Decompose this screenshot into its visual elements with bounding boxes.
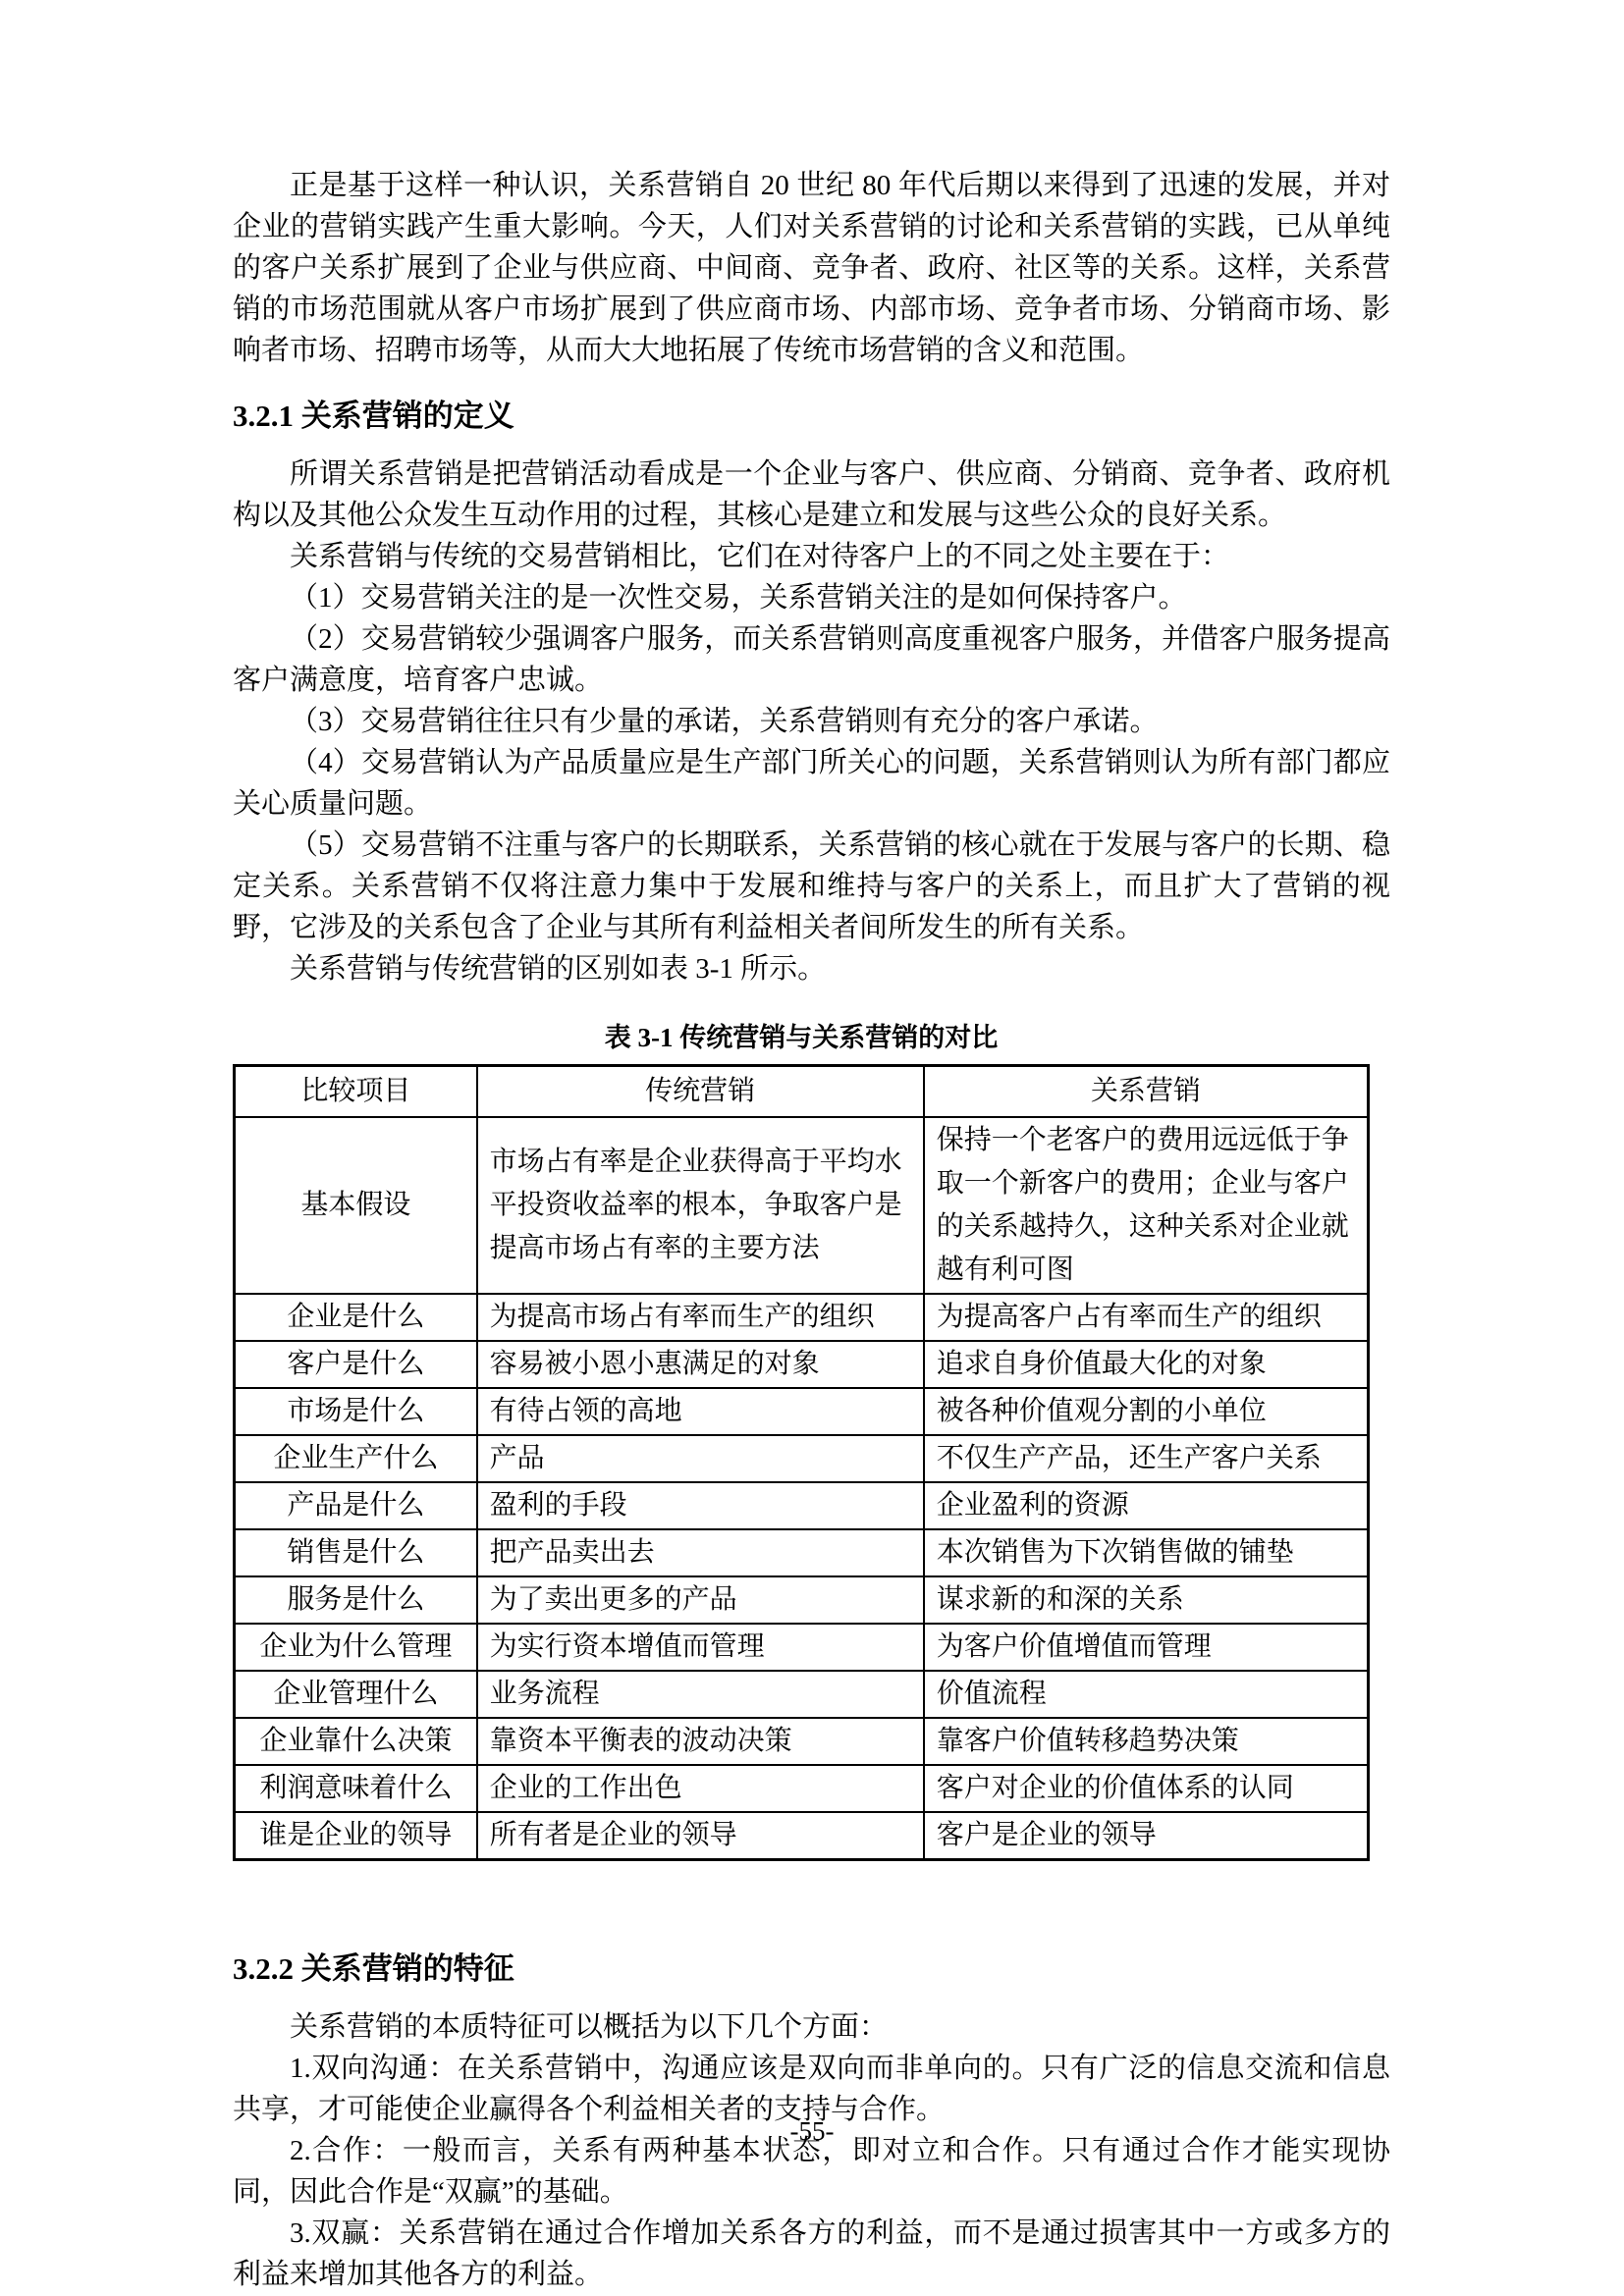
row-label-cell: 基本假设	[235, 1117, 477, 1294]
section2-paragraph-1: 关系营销的本质特征可以概括为以下几个方面：	[233, 2006, 1390, 2048]
row-value-cell: 企业盈利的资源	[924, 1482, 1369, 1529]
table-row: 利润意味着什么企业的工作出色客户对企业的价值体系的认同	[235, 1765, 1369, 1812]
row-label-cell: 产品是什么	[235, 1482, 477, 1529]
row-value-cell: 客户是企业的领导	[924, 1812, 1369, 1860]
section-3-2-2-heading: 3.2.2 关系营销的特征	[233, 1949, 1390, 1989]
row-value-cell: 被各种价值观分割的小单位	[924, 1388, 1369, 1435]
intro-paragraph: 正是基于这样一种认识，关系营销自 20 世纪 80 年代后期以来得到了迅速的发展…	[233, 165, 1390, 371]
row-label-cell: 利润意味着什么	[235, 1765, 477, 1812]
table-header-cell: 比较项目	[235, 1066, 477, 1117]
row-value-cell: 追求自身价值最大化的对象	[924, 1341, 1369, 1388]
table-row: 企业是什么为提高市场占有率而生产的组织为提高客户占有率而生产的组织	[235, 1294, 1369, 1341]
table-header-cell: 关系营销	[924, 1066, 1369, 1117]
table-row: 企业为什么管理为实行资本增值而管理为客户价值增值而管理	[235, 1624, 1369, 1671]
row-value-cell: 保持一个老客户的费用远远低于争取一个新客户的费用；企业与客户的关系越持久，这种关…	[924, 1117, 1369, 1294]
row-value-cell: 业务流程	[477, 1671, 924, 1718]
table-row: 谁是企业的领导所有者是企业的领导客户是企业的领导	[235, 1812, 1369, 1860]
row-value-cell: 客户对企业的价值体系的认同	[924, 1765, 1369, 1812]
table-row: 销售是什么把产品卖出去本次销售为下次销售做的铺垫	[235, 1529, 1369, 1576]
row-value-cell: 不仅生产产品，还生产客户关系	[924, 1435, 1369, 1482]
document-page: 正是基于这样一种认识，关系营销自 20 世纪 80 年代后期以来得到了迅速的发展…	[0, 0, 1624, 2296]
table-row: 企业管理什么业务流程价值流程	[235, 1671, 1369, 1718]
page-number: -55-	[0, 2116, 1624, 2147]
row-label-cell: 谁是企业的领导	[235, 1812, 477, 1860]
table-row: 产品是什么盈利的手段企业盈利的资源	[235, 1482, 1369, 1529]
section1-list-item-5: （5）交易营销不注重与客户的长期联系，关系营销的核心就在于发展与客户的长期、稳定…	[233, 825, 1390, 948]
row-value-cell: 把产品卖出去	[477, 1529, 924, 1576]
row-label-cell: 客户是什么	[235, 1341, 477, 1388]
row-label-cell: 服务是什么	[235, 1576, 477, 1624]
row-value-cell: 为实行资本增值而管理	[477, 1624, 924, 1671]
row-value-cell: 靠资本平衡表的波动决策	[477, 1718, 924, 1765]
row-value-cell: 有待占领的高地	[477, 1388, 924, 1435]
row-value-cell: 为客户价值增值而管理	[924, 1624, 1369, 1671]
row-label-cell: 企业管理什么	[235, 1671, 477, 1718]
row-value-cell: 谋求新的和深的关系	[924, 1576, 1369, 1624]
table-row: 服务是什么为了卖出更多的产品谋求新的和深的关系	[235, 1576, 1369, 1624]
row-value-cell: 为了卖出更多的产品	[477, 1576, 924, 1624]
section-3-2-1-heading: 3.2.1 关系营销的定义	[233, 397, 1390, 436]
row-label-cell: 市场是什么	[235, 1388, 477, 1435]
table-intro-paragraph: 关系营销与传统营销的区别如表 3-1 所示。	[233, 948, 1390, 989]
section2-paragraph-4: 3.双赢：关系营销在通过合作增加关系各方的利益，而不是通过损害其中一方或多方的利…	[233, 2213, 1390, 2295]
row-value-cell: 产品	[477, 1435, 924, 1482]
table-row: 基本假设市场占有率是企业获得高于平均水平投资收益率的根本，争取客户是提高市场占有…	[235, 1117, 1369, 1294]
section1-list-item-2: （2）交易营销较少强调客户服务，而关系营销则高度重视客户服务，并借客户服务提高客…	[233, 618, 1390, 701]
section1-list-item-4: （4）交易营销认为产品质量应是生产部门所关心的问题，关系营销则认为所有部门都应关…	[233, 742, 1390, 825]
row-label-cell: 企业生产什么	[235, 1435, 477, 1482]
table-header-row: 比较项目传统营销关系营销	[235, 1066, 1369, 1117]
row-value-cell: 市场占有率是企业获得高于平均水平投资收益率的根本，争取客户是提高市场占有率的主要…	[477, 1117, 924, 1294]
row-label-cell: 企业为什么管理	[235, 1624, 477, 1671]
row-value-cell: 容易被小恩小惠满足的对象	[477, 1341, 924, 1388]
table-header-cell: 传统营销	[477, 1066, 924, 1117]
page-content: 正是基于这样一种认识，关系营销自 20 世纪 80 年代后期以来得到了迅速的发展…	[0, 0, 1624, 2295]
table-row: 企业靠什么决策靠资本平衡表的波动决策靠客户价值转移趋势决策	[235, 1718, 1369, 1765]
section1-list-item-3: （3）交易营销往往只有少量的承诺，关系营销则有充分的客户承诺。	[233, 701, 1390, 742]
row-label-cell: 企业靠什么决策	[235, 1718, 477, 1765]
row-value-cell: 价值流程	[924, 1671, 1369, 1718]
row-value-cell: 本次销售为下次销售做的铺垫	[924, 1529, 1369, 1576]
row-value-cell: 靠客户价值转移趋势决策	[924, 1718, 1369, 1765]
table-body: 基本假设市场占有率是企业获得高于平均水平投资收益率的根本，争取客户是提高市场占有…	[235, 1117, 1369, 1860]
table-caption: 表 3-1 传统营销与关系营销的对比	[233, 1021, 1370, 1054]
row-value-cell: 为提高市场占有率而生产的组织	[477, 1294, 924, 1341]
row-value-cell: 所有者是企业的领导	[477, 1812, 924, 1860]
row-label-cell: 销售是什么	[235, 1529, 477, 1576]
section1-paragraph-1: 所谓关系营销是把营销活动看成是一个企业与客户、供应商、分销商、竞争者、政府机构以…	[233, 454, 1390, 536]
row-label-cell: 企业是什么	[235, 1294, 477, 1341]
row-value-cell: 企业的工作出色	[477, 1765, 924, 1812]
table-row: 企业生产什么产品不仅生产产品，还生产客户关系	[235, 1435, 1369, 1482]
table-row: 客户是什么容易被小恩小惠满足的对象追求自身价值最大化的对象	[235, 1341, 1369, 1388]
comparison-table: 比较项目传统营销关系营销 基本假设市场占有率是企业获得高于平均水平投资收益率的根…	[233, 1064, 1370, 1861]
section1-list-item-1: （1）交易营销关注的是一次性交易，关系营销关注的是如何保持客户。	[233, 577, 1390, 618]
section1-paragraph-2: 关系营销与传统的交易营销相比，它们在对待客户上的不同之处主要在于：	[233, 536, 1390, 577]
table-row: 市场是什么有待占领的高地被各种价值观分割的小单位	[235, 1388, 1369, 1435]
row-value-cell: 盈利的手段	[477, 1482, 924, 1529]
row-value-cell: 为提高客户占有率而生产的组织	[924, 1294, 1369, 1341]
